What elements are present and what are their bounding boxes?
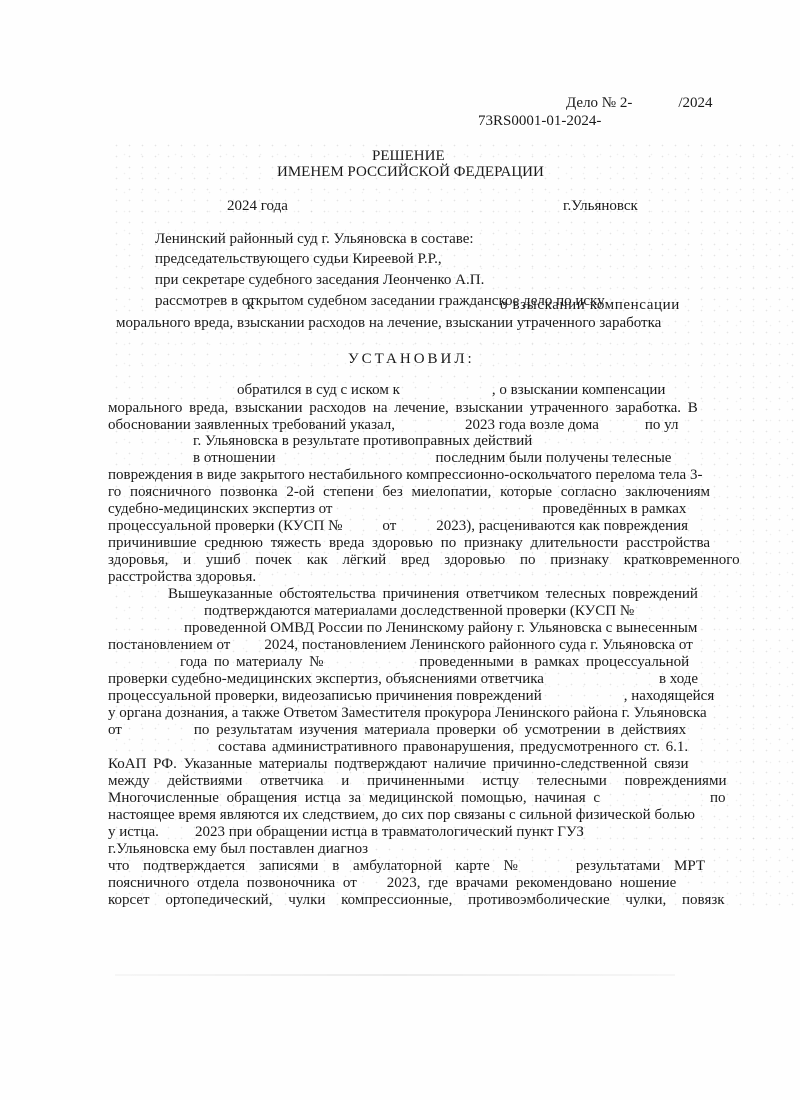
body-line-28: г.Ульяновска ему был поставлен диагноз (108, 840, 368, 858)
body-line-24: между действиями ответчика и причиненным… (108, 772, 726, 790)
document-page: Дело № 2-/2024 73RS0001-01-2024- РЕШЕНИЕ… (0, 0, 800, 1100)
body-line-18: проверки судебно-медицинских экспертиз, … (108, 670, 698, 688)
body-line-7: го поясничного позвонка 2-ой степени без… (108, 483, 710, 501)
body-line-21: отпо результатам изучения материала пров… (108, 721, 686, 739)
body-line-27: у истца.2023 при обращении истца в травм… (108, 823, 584, 841)
body-line-29: что подтверждается записями в амбулаторн… (108, 857, 705, 875)
body-line-5: в отношениипоследним были получены телес… (193, 449, 671, 467)
body-line-8: судебно-медицинских экспертиз отпроведён… (108, 500, 686, 518)
body-line-14: подтверждаются материалами доследственно… (204, 602, 634, 620)
court-composition: Ленинский районный суд г. Ульяновска в с… (155, 230, 474, 248)
case-number: Дело № 2-/2024 (566, 94, 713, 112)
page-bottom-rule (115, 974, 675, 976)
presiding-judge: председательствующего судьи Киреевой Р.Р… (155, 250, 442, 268)
body-line-10: причинившие среднюю тяжесть вреда здоров… (108, 534, 710, 552)
body-line-9: процессуальной проверки (КУСП №от2023), … (108, 517, 688, 535)
body-line-31: корсет ортопедический, чулки компрессион… (108, 891, 725, 909)
body-line-15: проведенной ОМВД России по Ленинскому ра… (184, 619, 697, 637)
case-uid: 73RS0001-01-2024- (478, 112, 601, 130)
body-line-23: КоАП РФ. Указанные материалы подтверждаю… (108, 755, 688, 773)
decision-city: г.Ульяновск (563, 197, 638, 215)
body-line-30: поясничного отдела позвоночника от2023, … (108, 874, 676, 892)
case-number-prefix: Дело № 2- (566, 95, 632, 111)
document-subtitle: ИМЕНЕМ РОССИЙСКОЙ ФЕДЕРАЦИИ (277, 163, 544, 181)
body-line-4: г. Ульяновска в результате противоправны… (193, 432, 532, 450)
body-line-20: у органа дознания, а также Ответом Замес… (108, 704, 707, 722)
intro-claim-continued: морального вреда, взыскании расходов на … (116, 314, 661, 332)
intro-claim: о взыскании компенсации (500, 296, 680, 314)
court-secretary: при секретаре судебного заседания Леонче… (155, 271, 484, 289)
intro-k: к (247, 296, 254, 314)
body-line-17: года по материалу №проведенными в рамках… (180, 653, 689, 671)
body-line-13: Вышеуказанные обстоятельства причинения … (168, 585, 698, 603)
case-number-suffix: /2024 (678, 95, 712, 111)
body-line-25: Многочисленные обращения истца за медици… (108, 789, 726, 807)
body-line-22: состава административного правонарушения… (218, 738, 688, 756)
section-heading: УСТАНОВИЛ: (348, 350, 475, 368)
body-line-2: морального вреда, взыскании расходов на … (108, 399, 798, 417)
body-line-1: обратился в суд с иском к, о взыскании к… (237, 381, 665, 399)
body-line-16: постановлением от2024, постановлением Ле… (108, 636, 693, 654)
body-line-11: здоровья, и ушиб почек как лёгкий вред з… (108, 551, 740, 569)
body-line-6: повреждения в виде закрытого нестабильно… (108, 466, 702, 484)
body-line-26: настоящее время являются их следствием, … (108, 806, 695, 824)
body-line-12: расстройства здоровья. (108, 568, 256, 586)
decision-date: 2024 года (227, 197, 288, 215)
body-line-19: процессуальной проверки, видеозаписью пр… (108, 687, 714, 705)
